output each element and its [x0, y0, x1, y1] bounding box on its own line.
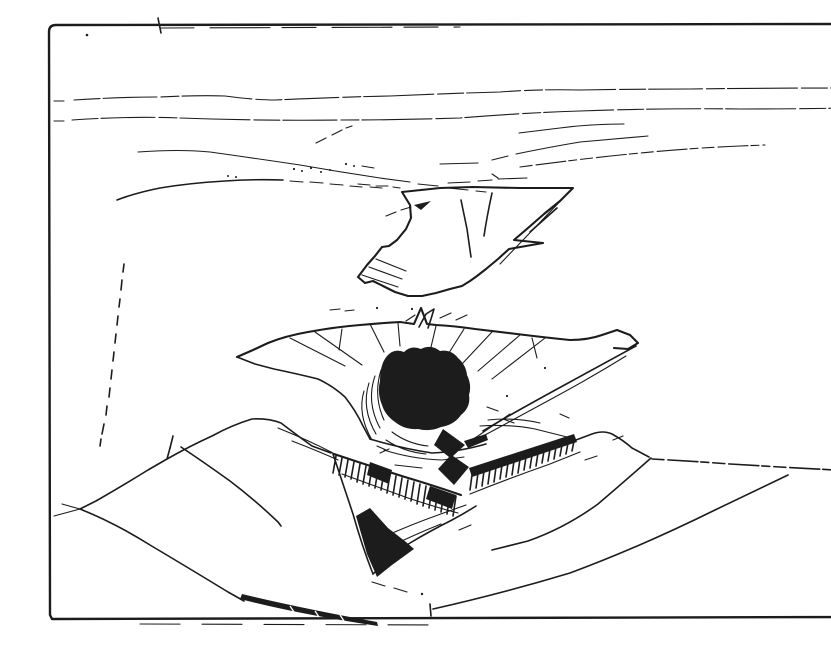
horizon-lines	[54, 88, 831, 121]
left-hill-line	[117, 163, 382, 200]
apex-shadow	[356, 508, 423, 595]
crater-sketch	[40, 16, 831, 634]
jagged-outcrop	[358, 184, 573, 296]
central-pit	[379, 347, 488, 485]
dark-scree-band	[240, 594, 378, 626]
sketch-figure: Ink sketch of a funnel-shaped crater wit…	[40, 16, 831, 634]
contour-lines	[138, 124, 765, 192]
dashed-column	[100, 264, 124, 446]
